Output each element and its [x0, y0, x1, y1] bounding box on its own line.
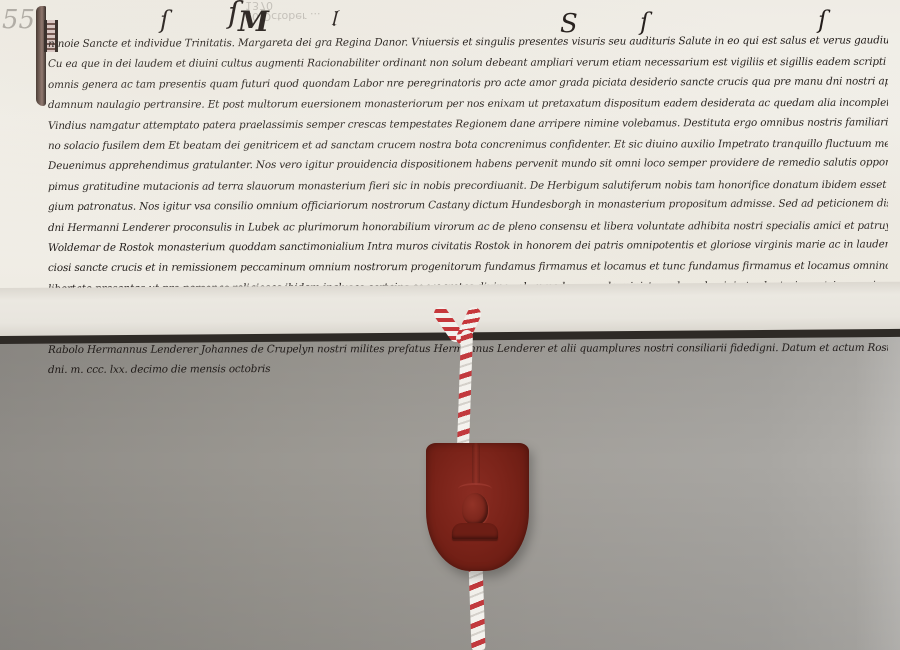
seal-bust-effigy-icon [452, 523, 498, 539]
text-line: Woldemar de Rostok monasterium quoddam s… [48, 234, 888, 258]
parchment-charter: 10 October ... 1370 55 ſ ſ M 𝔩 S ſ ſ n n… [0, 0, 900, 292]
seal-cord-channel [472, 443, 480, 485]
initial-m-flourish: M [238, 10, 269, 34]
text-line: dni Hermanni Lenderer proconsulis in Lub… [48, 215, 888, 238]
ascender-flourish: ſ [640, 10, 649, 34]
decorated-initial-n [44, 20, 58, 52]
text-line: Deuenimus apprehendimus gratulanter. Nos… [48, 153, 888, 177]
margin-annotation: 55 [2, 5, 35, 35]
display-background-stripe [855, 335, 900, 650]
text-line: Vindius namgatur attemptato patera prael… [48, 112, 888, 136]
ascender-flourish: 𝔩 [330, 6, 336, 30]
text-line: Cu ea que in dei laudem et diuini cultus… [48, 52, 888, 75]
text-line: pimus gratitudine mutacionis ad terra sl… [48, 175, 888, 198]
pencil-annotation-line-2: 1370 [245, 0, 321, 11]
initial-s-flourish: S [560, 12, 578, 36]
text-line: gium patronatus. Nos igitur vsa consilio… [48, 193, 888, 217]
text-line: ciosi sancte crucis et in remissionem pe… [48, 256, 888, 279]
ascender-flourish: ſ [818, 8, 827, 32]
wax-seal [426, 443, 529, 571]
decorated-initial-letter [36, 6, 46, 106]
text-line: no solacio fusilem dem Et beatam dei gen… [48, 134, 888, 157]
pencil-archival-annotation: 10 October ... 1370 [245, 0, 321, 22]
seal-head-effigy-icon [462, 493, 488, 525]
pencil-annotation-line-1: 10 October ... [245, 11, 321, 22]
text-line: omnis genera ac tam presentis quam futur… [48, 71, 888, 95]
text-line: n noie Sancte et individue Trinitatis. M… [48, 30, 888, 54]
ascender-flourish: ſ [228, 2, 239, 26]
text-line: damnum naulagio pertransire. Et post mul… [48, 93, 888, 116]
ascender-flourish: ſ [160, 8, 169, 32]
